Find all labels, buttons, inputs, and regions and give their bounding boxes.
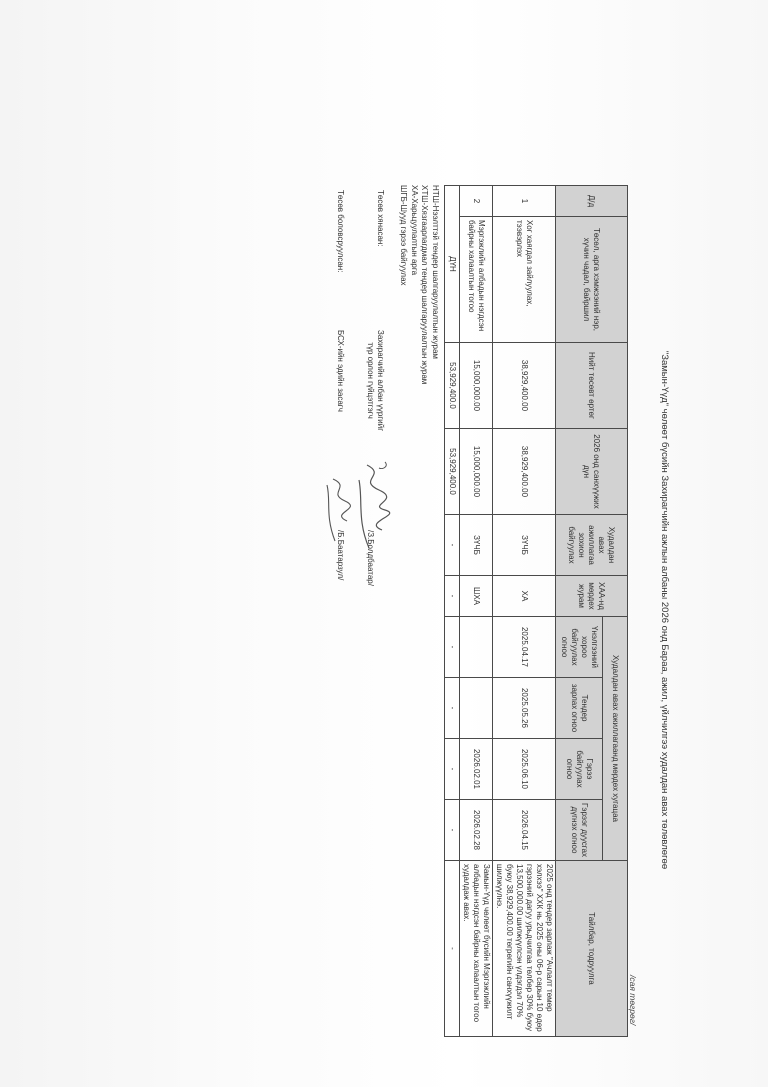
total-dash: - [445, 861, 460, 1037]
header-no: Д/д [556, 186, 628, 217]
row-end-date: 2026.04.15 [493, 800, 556, 861]
header-org: Худалдан авах ажиллагаа зохион байгуулах [556, 515, 628, 576]
document-title: "Замын-Үүд" чөлөөт бүсийн Захирагчийн аж… [659, 330, 670, 890]
row-remarks: 2025 онд тендер зарлаж "Ачлалт төмөр хэл… [493, 861, 556, 1037]
header-timeline-group: Худалдан авах ажиллагаанд мөрдөх хугацаа [603, 617, 628, 861]
signer-title: Захирагчийн албан үүргийг түр орлон гүйц… [365, 330, 385, 431]
header-law: ХАА-нд мөрдөх журам [556, 576, 628, 617]
total-row: ДҮН 53,929,400.0 53,929,400.0 - - - - - … [445, 186, 460, 1037]
row-tender-date: 2025.05.26 [493, 678, 556, 739]
table-header-row: Д/д Төсөл, арга хэмжээний нэр, хүчин чад… [603, 186, 628, 1037]
signer-title-line: Захирагчийн албан үүргийг [376, 330, 385, 431]
row-tender-date [460, 678, 493, 739]
row-name: Хог хаягдал зайлуулах, тээвэрлэх [493, 217, 556, 343]
row-contract-date: 2025.06.10 [493, 739, 556, 800]
signature-block: Төсөв хянасан: Захирагчийн албан үүргийг… [315, 190, 385, 690]
row-funding-2026: 38,929,400.00 [493, 429, 556, 515]
row-end-date: 2026.02.28 [460, 800, 493, 861]
total-dash: - [445, 800, 460, 861]
row-total-cost: 38,929,400.00 [493, 343, 556, 429]
abbreviation-item: НТШ-Нээлттэй тендер шалгаруулалтын журам [430, 185, 441, 384]
header-committee-date: Үнэлгээний хороо байгуулах огноо [556, 617, 603, 678]
row-name: Мэргэжлийн албадын нэгдсэн байрны халаал… [460, 217, 493, 343]
procurement-plan-table: Д/д Төсөл, арга хэмжээний нэр, хүчин чад… [444, 185, 628, 1037]
abbreviations-legend: НТШ-Нээлттэй тендер шалгаруулалтын журам… [398, 185, 440, 384]
row-no: 2 [460, 186, 493, 217]
total-dash: - [445, 678, 460, 739]
header-contract-date: Гэрээ байгуулах огноо [556, 739, 603, 800]
header-name: Төсөл, арга хэмжээний нэр, хүчин чадал, … [556, 217, 628, 343]
abbreviation-item: ШГБ-Шууд гэрээ байгуулах [398, 185, 409, 384]
abbreviation-item: ХА-Харьцуулалтын арга [409, 185, 420, 384]
total-dash: - [445, 617, 460, 678]
total-label: ДҮН [445, 186, 460, 343]
row-committee-date: 2025.04.17 [493, 617, 556, 678]
signature-label: Төсөв хянасан: [376, 190, 385, 247]
row-total-cost: 15,000,000.00 [460, 343, 493, 429]
row-funding-2026: 15,000,000.00 [460, 429, 493, 515]
signer-title: БСХ-ийн эдийн засагч [335, 330, 345, 412]
total-cost-sum: 53,929,400.0 [445, 343, 460, 429]
handwritten-signature-icon [321, 475, 357, 545]
signer-title-line: БСХ-ийн эдийн засагч [336, 330, 345, 412]
signature-label: Төсөв боловсруулсан: [336, 190, 345, 272]
row-org: ЗҮЧБ [460, 515, 493, 576]
header-end-date: Гэрээг дуусгах дүгнэх огноо [556, 800, 603, 861]
row-law: ШХА [460, 576, 493, 617]
row-law: ХА [493, 576, 556, 617]
total-dash: - [445, 739, 460, 800]
total-dash: - [445, 515, 460, 576]
header-funding-2026: 2026 онд санхүүжих дүн [556, 429, 628, 515]
abbreviation-item: ХТШ-Хязгаарлагдмал тендер шалгаруулалтын… [419, 185, 430, 384]
funding-2026-sum: 53,929,400.0 [445, 429, 460, 515]
row-committee-date [460, 617, 493, 678]
header-total-cost: Нийт төсөвт өртөг [556, 343, 628, 429]
header-tender-date: Тендер зарлах огноо [556, 678, 603, 739]
row-contract-date: 2026.02.01 [460, 739, 493, 800]
table-row: 2 Мэргэжлийн албадын нэгдсэн байрны хала… [460, 186, 493, 1037]
document-page: "Замын-Үүд" чөлөөт бүсийн Захирагчийн аж… [280, 160, 700, 1060]
header-remarks: Тайлбар, тодруулга [556, 861, 628, 1037]
row-org: ЗҮЧБ [493, 515, 556, 576]
row-remarks: Замын-Үүд чөлөөт бүсийн Мэргэжлийн албад… [460, 861, 493, 1037]
row-no: 1 [493, 186, 556, 217]
signer-title-line: түр орлон гүйцэтгэгч [366, 342, 375, 418]
units-label: /сая төгрөг/ [628, 975, 638, 1025]
total-dash: - [445, 576, 460, 617]
table-row: 1 Хог хаягдал зайлуулах, тээвэрлэх 38,92… [493, 186, 556, 1037]
